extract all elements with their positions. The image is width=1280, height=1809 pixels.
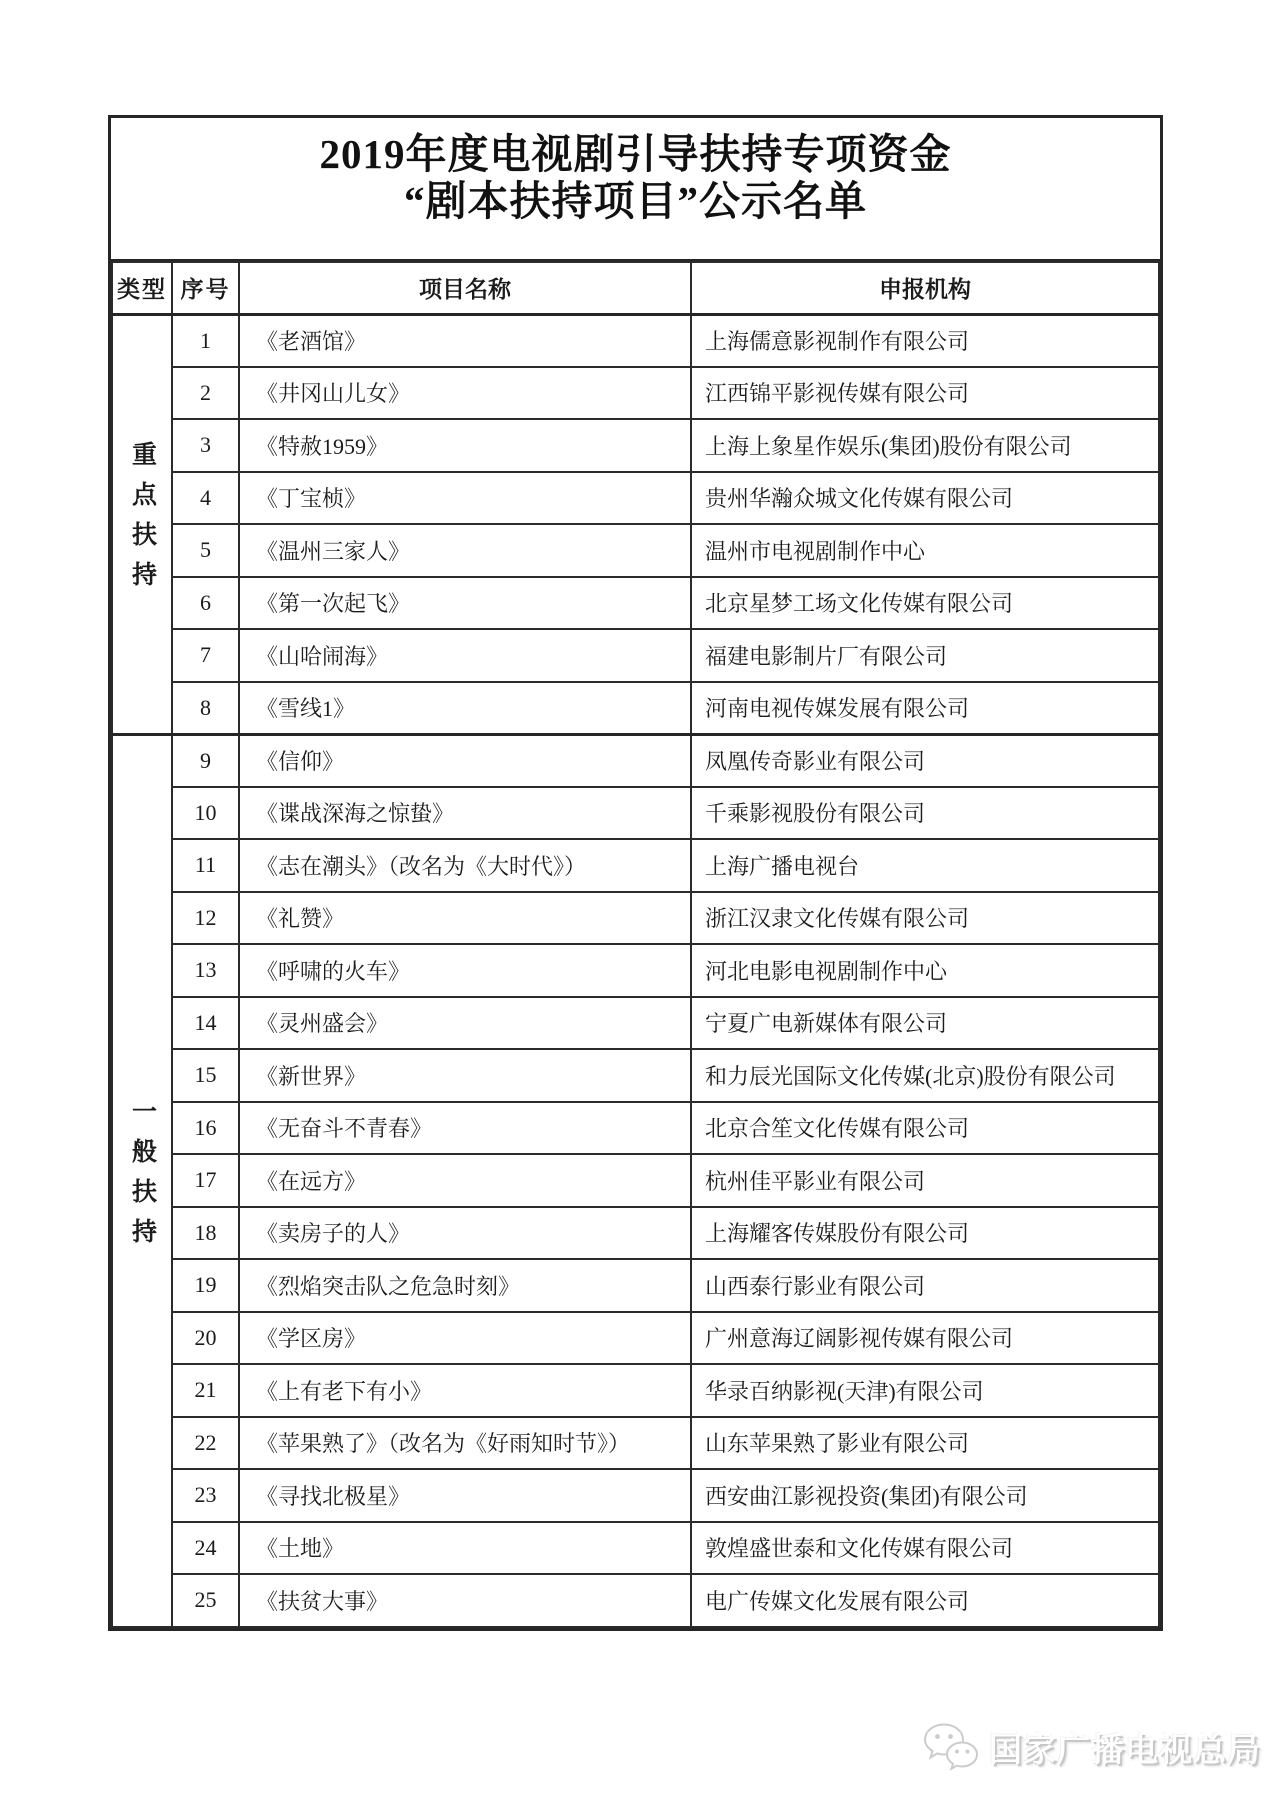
applicant-org: 河北电影电视剧制作中心 bbox=[691, 944, 1159, 997]
applicant-org: 宁夏广电新媒体有限公司 bbox=[691, 997, 1159, 1050]
project-row: 24《土地》敦煌盛世泰和文化传媒有限公司 bbox=[112, 1522, 1159, 1575]
row-number: 7 bbox=[172, 629, 239, 682]
applicant-org: 华录百纳影视(天津)有限公司 bbox=[691, 1364, 1159, 1417]
project-row: 8《雪线1》河南电视传媒发展有限公司 bbox=[112, 682, 1159, 735]
project-title: 《老酒馆》 bbox=[239, 314, 691, 367]
project-row: 16《无奋斗不青春》北京合笙文化传媒有限公司 bbox=[112, 1102, 1159, 1155]
project-row: 13《呼啸的火车》河北电影电视剧制作中心 bbox=[112, 944, 1159, 997]
section-type-label: 重点扶持 bbox=[130, 441, 155, 601]
applicant-org: 电广传媒文化发展有限公司 bbox=[691, 1574, 1159, 1627]
row-number: 2 bbox=[172, 367, 239, 420]
row-number: 23 bbox=[172, 1469, 239, 1522]
applicant-org: 北京星梦工场文化传媒有限公司 bbox=[691, 577, 1159, 630]
project-row: 12《礼赞》浙江汉隶文化传媒有限公司 bbox=[112, 892, 1159, 945]
row-number: 1 bbox=[172, 314, 239, 367]
project-title: 《苹果熟了》（改名为《好雨知时节》） bbox=[239, 1417, 691, 1470]
row-number: 21 bbox=[172, 1364, 239, 1417]
row-number: 3 bbox=[172, 419, 239, 472]
row-number: 25 bbox=[172, 1574, 239, 1627]
project-row: 15《新世界》和力辰光国际文化传媒(北京)股份有限公司 bbox=[112, 1049, 1159, 1102]
project-title: 《礼赞》 bbox=[239, 892, 691, 945]
project-row: 4《丁宝桢》贵州华瀚众城文化传媒有限公司 bbox=[112, 472, 1159, 525]
applicant-org: 山东苹果熟了影业有限公司 bbox=[691, 1417, 1159, 1470]
header-project: 项目名称 bbox=[239, 262, 691, 314]
row-number: 11 bbox=[172, 839, 239, 892]
project-row: 21《上有老下有小》华录百纳影视(天津)有限公司 bbox=[112, 1364, 1159, 1417]
applicant-org: 凤凰传奇影业有限公司 bbox=[691, 734, 1159, 787]
title-line-2: “剧本扶持项目”公示名单 bbox=[111, 178, 1160, 225]
applicant-org: 北京合笙文化传媒有限公司 bbox=[691, 1102, 1159, 1155]
row-number: 18 bbox=[172, 1207, 239, 1260]
applicant-org: 河南电视传媒发展有限公司 bbox=[691, 682, 1159, 735]
row-number: 9 bbox=[172, 734, 239, 787]
title-line-1: 2019年度电视剧引导扶持专项资金 bbox=[111, 131, 1160, 178]
applicant-org: 杭州佳平影业有限公司 bbox=[691, 1154, 1159, 1207]
header-type: 类型 bbox=[112, 262, 172, 314]
announcement-sheet: 2019年度电视剧引导扶持专项资金 “剧本扶持项目”公示名单 类型 序号 项目名… bbox=[108, 115, 1163, 1631]
project-title: 《特赦1959》 bbox=[239, 419, 691, 472]
project-row: 18《卖房子的人》上海耀客传媒股份有限公司 bbox=[112, 1207, 1159, 1260]
row-number: 8 bbox=[172, 682, 239, 735]
row-number: 24 bbox=[172, 1522, 239, 1575]
project-row: 7《山哈闹海》福建电影制片厂有限公司 bbox=[112, 629, 1159, 682]
project-title: 《土地》 bbox=[239, 1522, 691, 1575]
section-type-cell: 一般扶持 bbox=[112, 734, 172, 1627]
project-row: 25《扶贫大事》电广传媒文化发展有限公司 bbox=[112, 1574, 1159, 1627]
applicant-org: 敦煌盛世泰和文化传媒有限公司 bbox=[691, 1522, 1159, 1575]
project-title: 《谍战深海之惊蛰》 bbox=[239, 787, 691, 840]
project-row: 20《学区房》广州意海辽阔影视传媒有限公司 bbox=[112, 1312, 1159, 1365]
project-row: 一般扶持9《信仰》凤凰传奇影业有限公司 bbox=[112, 734, 1159, 787]
row-number: 4 bbox=[172, 472, 239, 525]
row-number: 22 bbox=[172, 1417, 239, 1470]
applicant-org: 江西锦平影视传媒有限公司 bbox=[691, 367, 1159, 420]
project-row: 17《在远方》杭州佳平影业有限公司 bbox=[112, 1154, 1159, 1207]
project-title: 《无奋斗不青春》 bbox=[239, 1102, 691, 1155]
project-row: 23《寻找北极星》西安曲江影视投资(集团)有限公司 bbox=[112, 1469, 1159, 1522]
project-title: 《雪线1》 bbox=[239, 682, 691, 735]
project-row: 重点扶持1《老酒馆》上海儒意影视制作有限公司 bbox=[112, 314, 1159, 367]
project-title: 《信仰》 bbox=[239, 734, 691, 787]
project-title: 《温州三家人》 bbox=[239, 524, 691, 577]
project-row: 3《特赦1959》上海上象星作娱乐(集团)股份有限公司 bbox=[112, 419, 1159, 472]
row-number: 12 bbox=[172, 892, 239, 945]
wechat-icon bbox=[922, 1722, 980, 1772]
applicant-org: 广州意海辽阔影视传媒有限公司 bbox=[691, 1312, 1159, 1365]
row-number: 15 bbox=[172, 1049, 239, 1102]
applicant-org: 山西泰行影业有限公司 bbox=[691, 1259, 1159, 1312]
project-table: 类型 序号 项目名称 申报机构 重点扶持1《老酒馆》上海儒意影视制作有限公司2《… bbox=[111, 261, 1160, 1628]
row-number: 14 bbox=[172, 997, 239, 1050]
project-row: 11《志在潮头》（改名为《大时代》）上海广播电视台 bbox=[112, 839, 1159, 892]
project-row: 19《烈焰突击队之危急时刻》山西泰行影业有限公司 bbox=[112, 1259, 1159, 1312]
applicant-org: 上海耀客传媒股份有限公司 bbox=[691, 1207, 1159, 1260]
project-title: 《呼啸的火车》 bbox=[239, 944, 691, 997]
section-type-label: 一般扶持 bbox=[130, 1098, 155, 1258]
row-number: 17 bbox=[172, 1154, 239, 1207]
project-title: 《在远方》 bbox=[239, 1154, 691, 1207]
project-title: 《卖房子的人》 bbox=[239, 1207, 691, 1260]
applicant-org: 温州市电视剧制作中心 bbox=[691, 524, 1159, 577]
row-number: 20 bbox=[172, 1312, 239, 1365]
project-title: 《新世界》 bbox=[239, 1049, 691, 1102]
project-title: 《第一次起飞》 bbox=[239, 577, 691, 630]
watermark-text: 国家广播电视总局 bbox=[989, 1724, 1261, 1771]
project-title: 《扶贫大事》 bbox=[239, 1574, 691, 1627]
applicant-org: 上海儒意影视制作有限公司 bbox=[691, 314, 1159, 367]
applicant-org: 贵州华瀚众城文化传媒有限公司 bbox=[691, 472, 1159, 525]
project-row: 10《谍战深海之惊蛰》千乘影视股份有限公司 bbox=[112, 787, 1159, 840]
header-num: 序号 bbox=[172, 262, 239, 314]
row-number: 16 bbox=[172, 1102, 239, 1155]
project-title: 《灵州盛会》 bbox=[239, 997, 691, 1050]
project-title: 《志在潮头》（改名为《大时代》） bbox=[239, 839, 691, 892]
document-title: 2019年度电视剧引导扶持专项资金 “剧本扶持项目”公示名单 bbox=[111, 118, 1160, 261]
row-number: 19 bbox=[172, 1259, 239, 1312]
row-number: 5 bbox=[172, 524, 239, 577]
watermark: 国家广播电视总局 bbox=[922, 1722, 1261, 1772]
applicant-org: 和力辰光国际文化传媒(北京)股份有限公司 bbox=[691, 1049, 1159, 1102]
project-row: 6《第一次起飞》北京星梦工场文化传媒有限公司 bbox=[112, 577, 1159, 630]
row-number: 10 bbox=[172, 787, 239, 840]
applicant-org: 千乘影视股份有限公司 bbox=[691, 787, 1159, 840]
row-number: 6 bbox=[172, 577, 239, 630]
project-title: 《烈焰突击队之危急时刻》 bbox=[239, 1259, 691, 1312]
project-title: 《丁宝桢》 bbox=[239, 472, 691, 525]
header-org: 申报机构 bbox=[691, 262, 1159, 314]
project-title: 《寻找北极星》 bbox=[239, 1469, 691, 1522]
project-title: 《山哈闹海》 bbox=[239, 629, 691, 682]
table-header-row: 类型 序号 项目名称 申报机构 bbox=[112, 262, 1159, 314]
project-row: 5《温州三家人》温州市电视剧制作中心 bbox=[112, 524, 1159, 577]
row-number: 13 bbox=[172, 944, 239, 997]
project-title: 《井冈山儿女》 bbox=[239, 367, 691, 420]
project-row: 22《苹果熟了》（改名为《好雨知时节》）山东苹果熟了影业有限公司 bbox=[112, 1417, 1159, 1470]
project-title: 《上有老下有小》 bbox=[239, 1364, 691, 1417]
section-type-cell: 重点扶持 bbox=[112, 314, 172, 734]
applicant-org: 浙江汉隶文化传媒有限公司 bbox=[691, 892, 1159, 945]
project-row: 2《井冈山儿女》江西锦平影视传媒有限公司 bbox=[112, 367, 1159, 420]
project-title: 《学区房》 bbox=[239, 1312, 691, 1365]
applicant-org: 上海广播电视台 bbox=[691, 839, 1159, 892]
applicant-org: 上海上象星作娱乐(集团)股份有限公司 bbox=[691, 419, 1159, 472]
applicant-org: 福建电影制片厂有限公司 bbox=[691, 629, 1159, 682]
applicant-org: 西安曲江影视投资(集团)有限公司 bbox=[691, 1469, 1159, 1522]
page: { "title": { "line1": "2019年度电视剧引导扶持专项资金… bbox=[0, 0, 1280, 1809]
project-row: 14《灵州盛会》宁夏广电新媒体有限公司 bbox=[112, 997, 1159, 1050]
